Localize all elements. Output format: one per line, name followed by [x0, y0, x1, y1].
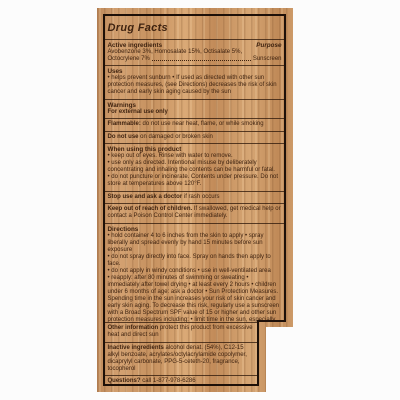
active-ingredients-heading: Active ingredients: [108, 42, 163, 49]
dotted-leader: [152, 60, 251, 61]
flammable-bold: Flammable:: [108, 121, 141, 127]
active-ingredients-line1: Avobenzone 3%, Homosalate 15%, Octisalat…: [108, 49, 282, 56]
when-using-bullet-list: • keep out of eyes. Rinse with water to …: [108, 153, 282, 188]
flammable-text: do not use near heat, flame, or while sm…: [143, 121, 264, 127]
flammable-text-line: Flammable: do not use near heat, flame, …: [108, 121, 282, 128]
directions-section: Directions • hold container 4 to 6 inche…: [105, 223, 284, 323]
active-ingredients-line2: Octocrylene 7%: [108, 56, 150, 63]
purpose-heading: Purpose: [256, 42, 281, 49]
list-item: • use only as directed. Intentional misu…: [108, 160, 282, 174]
stop-use-section: Stop use and ask a doctor if rash occurs: [105, 191, 284, 204]
keep-out-line: Keep out of reach of children. If swallo…: [108, 206, 282, 220]
stop-use-bold: Stop use and ask a doctor: [108, 194, 183, 200]
directions-heading: Directions: [108, 226, 282, 233]
other-information-line: Other information protect this product f…: [108, 325, 255, 339]
uses-heading: Uses: [108, 68, 282, 75]
list-item: • do not spray directly into face. Spray…: [108, 254, 282, 268]
keep-out-section: Keep out of reach of children. If swallo…: [105, 203, 284, 223]
inactive-ingredients-line: Inactive ingredients alcohol denat. (54%…: [108, 345, 255, 373]
questions-section: Questions? call 1-877-978-6286: [105, 375, 257, 386]
do-not-use-bold: Do not use: [108, 134, 139, 140]
inactive-ingredients-section: Inactive ingredients alcohol denat. (54%…: [105, 342, 257, 376]
stop-use-line: Stop use and ask a doctor if rash occurs: [108, 194, 282, 201]
drug-facts-upper-panel: Drug Facts Active ingredients Purpose Av…: [103, 14, 286, 322]
inactive-ingredients-bold: Inactive ingredients: [108, 345, 164, 351]
flammable-section: Flammable: do not use near heat, flame, …: [105, 118, 284, 131]
do-not-use-section: Do not use on damaged or broken skin: [105, 131, 284, 144]
when-using-heading: When using this product: [108, 146, 282, 153]
when-using-section: When using this product • keep out of ey…: [105, 143, 284, 191]
drug-facts-title-section: Drug Facts: [105, 16, 284, 39]
drug-facts-lower-panel: Other information protect this product f…: [103, 322, 259, 386]
other-information-section: Other information protect this product f…: [105, 322, 257, 342]
questions-text: call 1-877-978-6286: [142, 378, 195, 384]
list-item: • hold container 4 to 6 inches from the …: [108, 233, 282, 254]
keep-out-bold: Keep out of reach of children.: [108, 206, 193, 212]
list-item: • do not apply in windy conditions • use…: [108, 268, 282, 275]
frame-notch-step: [257, 320, 286, 322]
do-not-use-line: Do not use on damaged or broken skin: [108, 134, 282, 141]
do-not-use-text: on damaged or broken skin: [140, 134, 213, 140]
other-information-bold: Other information: [108, 325, 159, 331]
directions-bullet-list: • hold container 4 to 6 inches from the …: [108, 233, 282, 323]
purpose-value: Sunscreen: [253, 56, 282, 63]
warnings-subheading: For external use only: [108, 109, 282, 116]
active-ingredients-header-row: Active ingredients Purpose: [108, 42, 282, 49]
list-item: • do not puncture or incinerate. Content…: [108, 174, 282, 188]
page-background: Drug Facts Active ingredients Purpose Av…: [0, 0, 400, 400]
warnings-section: Warnings For external use only: [105, 99, 284, 119]
active-ingredients-section: Active ingredients Purpose Avobenzone 3%…: [105, 39, 284, 66]
wood-plank-label: Drug Facts Active ingredients Purpose Av…: [97, 8, 293, 392]
stop-use-text: if rash occurs: [184, 194, 220, 200]
uses-section: Uses • helps prevent sunburn • If used a…: [105, 65, 284, 99]
drug-facts-title: Drug Facts: [108, 22, 168, 34]
questions-line: Questions? call 1-877-978-6286: [108, 378, 255, 385]
questions-bold: Questions?: [108, 378, 141, 384]
active-ingredients-line2-row: Octocrylene 7% Sunscreen: [108, 56, 282, 63]
list-item: • keep out of eyes. Rinse with water to …: [108, 153, 282, 160]
warnings-heading: Warnings: [108, 102, 282, 109]
uses-text: • helps prevent sunburn • If used as dir…: [108, 75, 282, 96]
list-item: • reapply: after 80 minutes of swimming …: [108, 275, 282, 323]
